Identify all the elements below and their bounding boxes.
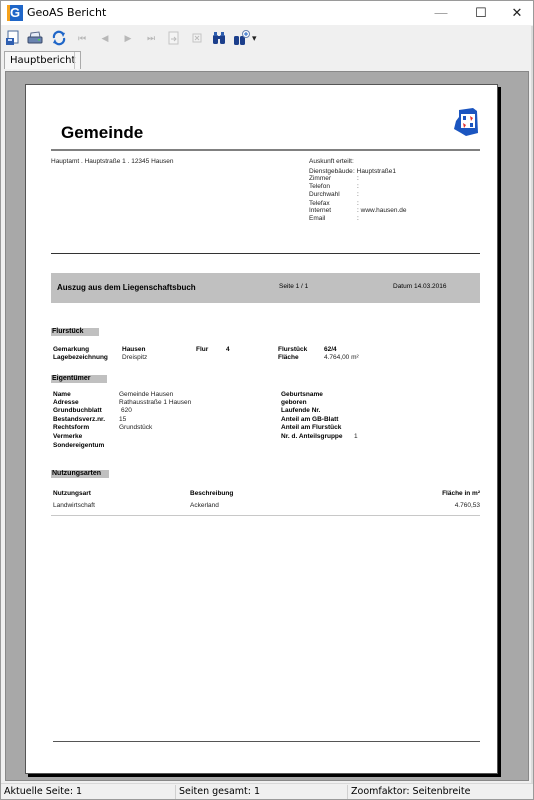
field-value: Hausen bbox=[122, 346, 145, 353]
field-label: Name bbox=[53, 391, 71, 398]
contact-value-text: Hauptstraße1 bbox=[357, 168, 396, 175]
field-label: Bestandsverz.nr. bbox=[53, 416, 105, 423]
field-label: Rechtsform bbox=[53, 424, 89, 431]
field-label: Flurstück bbox=[278, 346, 307, 353]
contact-value-text: www.hausen.de bbox=[361, 207, 407, 214]
coat-of-arms-icon bbox=[453, 107, 479, 137]
scrollbar-edge bbox=[531, 26, 533, 786]
app-logo-icon: G bbox=[7, 5, 23, 21]
report-viewport[interactable]: Gemeinde Hauptamt . Hauptstraße 1 . 1234… bbox=[5, 71, 529, 781]
next-page-icon: ▶ bbox=[125, 33, 132, 43]
table-bottom-rule bbox=[51, 515, 480, 516]
contact-colon: : bbox=[357, 215, 359, 222]
search-button[interactable] bbox=[211, 30, 227, 46]
report-heading: Gemeinde bbox=[61, 123, 143, 143]
column-header: Beschreibung bbox=[190, 490, 233, 497]
field-label: Gemarkung bbox=[53, 346, 89, 353]
close-button[interactable]: ✕ bbox=[497, 1, 534, 25]
field-label: Geburtsname bbox=[281, 391, 323, 398]
tab-hauptbericht[interactable]: Hauptbericht bbox=[4, 51, 81, 69]
section-flurstueck: Flurstück bbox=[51, 328, 99, 336]
report-window: G GeoAS Bericht — ☐ ✕ ⏮ ◀ ▶ ⏭ bbox=[0, 0, 534, 800]
status-divider bbox=[175, 785, 176, 799]
page-indicator: Seite 1 / 1 bbox=[279, 283, 308, 290]
section-nutzungsarten: Nutzungsarten bbox=[51, 470, 109, 478]
contact-value: : www.hausen.de bbox=[357, 207, 407, 214]
export-icon bbox=[5, 30, 21, 46]
field-label: Nr. d. Anteilsgruppe bbox=[281, 433, 343, 440]
status-bar: Aktuelle Seite: 1 Seiten gesamt: 1 Zoomf… bbox=[1, 783, 533, 799]
column-header: Nutzungsart bbox=[53, 490, 91, 497]
contact-label: Email bbox=[309, 215, 325, 222]
stop-icon bbox=[189, 30, 205, 46]
minimize-button[interactable]: — bbox=[421, 1, 461, 25]
total-pages-status: Seiten gesamt: 1 bbox=[179, 785, 260, 799]
contact-value: : Hauptstraße1 bbox=[353, 168, 396, 175]
contact-colon: : bbox=[357, 191, 359, 198]
field-value: Rathausstraße 1 Hausen bbox=[119, 399, 191, 406]
field-label: Fläche bbox=[278, 354, 299, 361]
first-page-button[interactable]: ⏮ bbox=[74, 30, 90, 46]
field-label: Grundbuchblatt bbox=[53, 407, 102, 414]
goto-page-icon bbox=[166, 30, 182, 46]
contact-label: Telefon bbox=[309, 183, 330, 190]
print-button[interactable] bbox=[27, 30, 43, 46]
zoom-dropdown-button[interactable]: ▾ bbox=[233, 30, 259, 46]
last-page-icon: ⏭ bbox=[147, 33, 155, 43]
sender-line: Hauptamt . Hauptstraße 1 . 12345 Hausen bbox=[51, 158, 174, 165]
print-icon bbox=[27, 30, 43, 46]
divider-rule bbox=[51, 253, 480, 254]
contact-label: Zimmer bbox=[309, 175, 331, 182]
field-value: 4 bbox=[226, 346, 230, 353]
field-label: Vermerke bbox=[53, 433, 82, 440]
last-page-button[interactable]: ⏭ bbox=[143, 30, 159, 46]
field-label: Laufende Nr. bbox=[281, 407, 320, 414]
chevron-down-icon: ▾ bbox=[252, 30, 257, 46]
refresh-icon bbox=[51, 30, 67, 46]
table-cell: Landwirtschaft bbox=[53, 502, 95, 509]
contact-label: Telefax bbox=[309, 200, 330, 207]
field-value: 15 bbox=[119, 416, 126, 423]
title-bar: G GeoAS Bericht — ☐ ✕ bbox=[1, 1, 533, 25]
zoom-binoculars-icon bbox=[233, 30, 251, 46]
next-page-button[interactable]: ▶ bbox=[120, 30, 136, 46]
stop-button[interactable] bbox=[189, 30, 205, 46]
report-page: Gemeinde Hauptamt . Hauptstraße 1 . 1234… bbox=[25, 84, 498, 774]
field-label: Sondereigentum bbox=[53, 442, 104, 449]
tab-strip: Hauptbericht bbox=[1, 50, 533, 70]
zoom-status: Zoomfaktor: Seitenbreite bbox=[351, 785, 470, 799]
field-label: Adresse bbox=[53, 399, 79, 406]
contact-label: Durchwahl bbox=[309, 191, 340, 198]
field-label: Anteil am GB-Blatt bbox=[281, 416, 338, 423]
field-value: Gemeinde Hausen bbox=[119, 391, 173, 398]
report-title-band: Auszug aus dem Liegenschaftsbuch Seite 1… bbox=[51, 273, 480, 303]
footer-rule bbox=[53, 741, 480, 742]
contact-colon: : bbox=[357, 200, 359, 207]
goto-page-button[interactable] bbox=[166, 30, 182, 46]
binoculars-icon bbox=[211, 30, 227, 46]
contact-label: Dienstgebäude bbox=[309, 168, 353, 175]
field-value: 1 bbox=[354, 433, 358, 440]
export-button[interactable] bbox=[5, 30, 21, 46]
contact-colon: : bbox=[357, 175, 359, 182]
field-label: geboren bbox=[281, 399, 307, 406]
table-cell: 4.760,53 bbox=[455, 502, 480, 509]
field-value: 4.764,00 m² bbox=[324, 354, 359, 361]
toolbar: ⏮ ◀ ▶ ⏭ ▾ bbox=[1, 26, 533, 50]
previous-page-button[interactable]: ◀ bbox=[97, 30, 113, 46]
report-title: Auszug aus dem Liegenschaftsbuch bbox=[57, 283, 196, 292]
contact-title: Auskunft erteilt: bbox=[309, 158, 354, 165]
field-label: Flur bbox=[196, 346, 208, 353]
first-page-icon: ⏮ bbox=[78, 33, 86, 43]
window-title: GeoAS Bericht bbox=[27, 6, 106, 19]
maximize-button[interactable]: ☐ bbox=[461, 1, 501, 25]
field-value: 62/4 bbox=[324, 346, 337, 353]
status-divider bbox=[347, 785, 348, 799]
current-page-status: Aktuelle Seite: 1 bbox=[4, 785, 82, 799]
field-label: Lagebezeichnung bbox=[53, 354, 108, 361]
report-date: Datum 14.03.2016 bbox=[393, 283, 446, 290]
column-header: Fläche in m² bbox=[442, 490, 480, 497]
tab-divider bbox=[74, 52, 75, 69]
field-label: Anteil am Flurstück bbox=[281, 424, 341, 431]
table-cell: Ackerland bbox=[190, 502, 219, 509]
refresh-button[interactable] bbox=[51, 30, 67, 46]
contact-label: Internet bbox=[309, 207, 331, 214]
field-value: Dreispitz bbox=[122, 354, 147, 361]
field-value: Grundstück bbox=[119, 424, 152, 431]
previous-page-icon: ◀ bbox=[102, 33, 109, 43]
field-value: 620 bbox=[121, 407, 132, 414]
section-eigentuemer: Eigentümer bbox=[51, 375, 107, 383]
header-rule bbox=[51, 149, 480, 151]
contact-colon: : bbox=[357, 183, 359, 190]
